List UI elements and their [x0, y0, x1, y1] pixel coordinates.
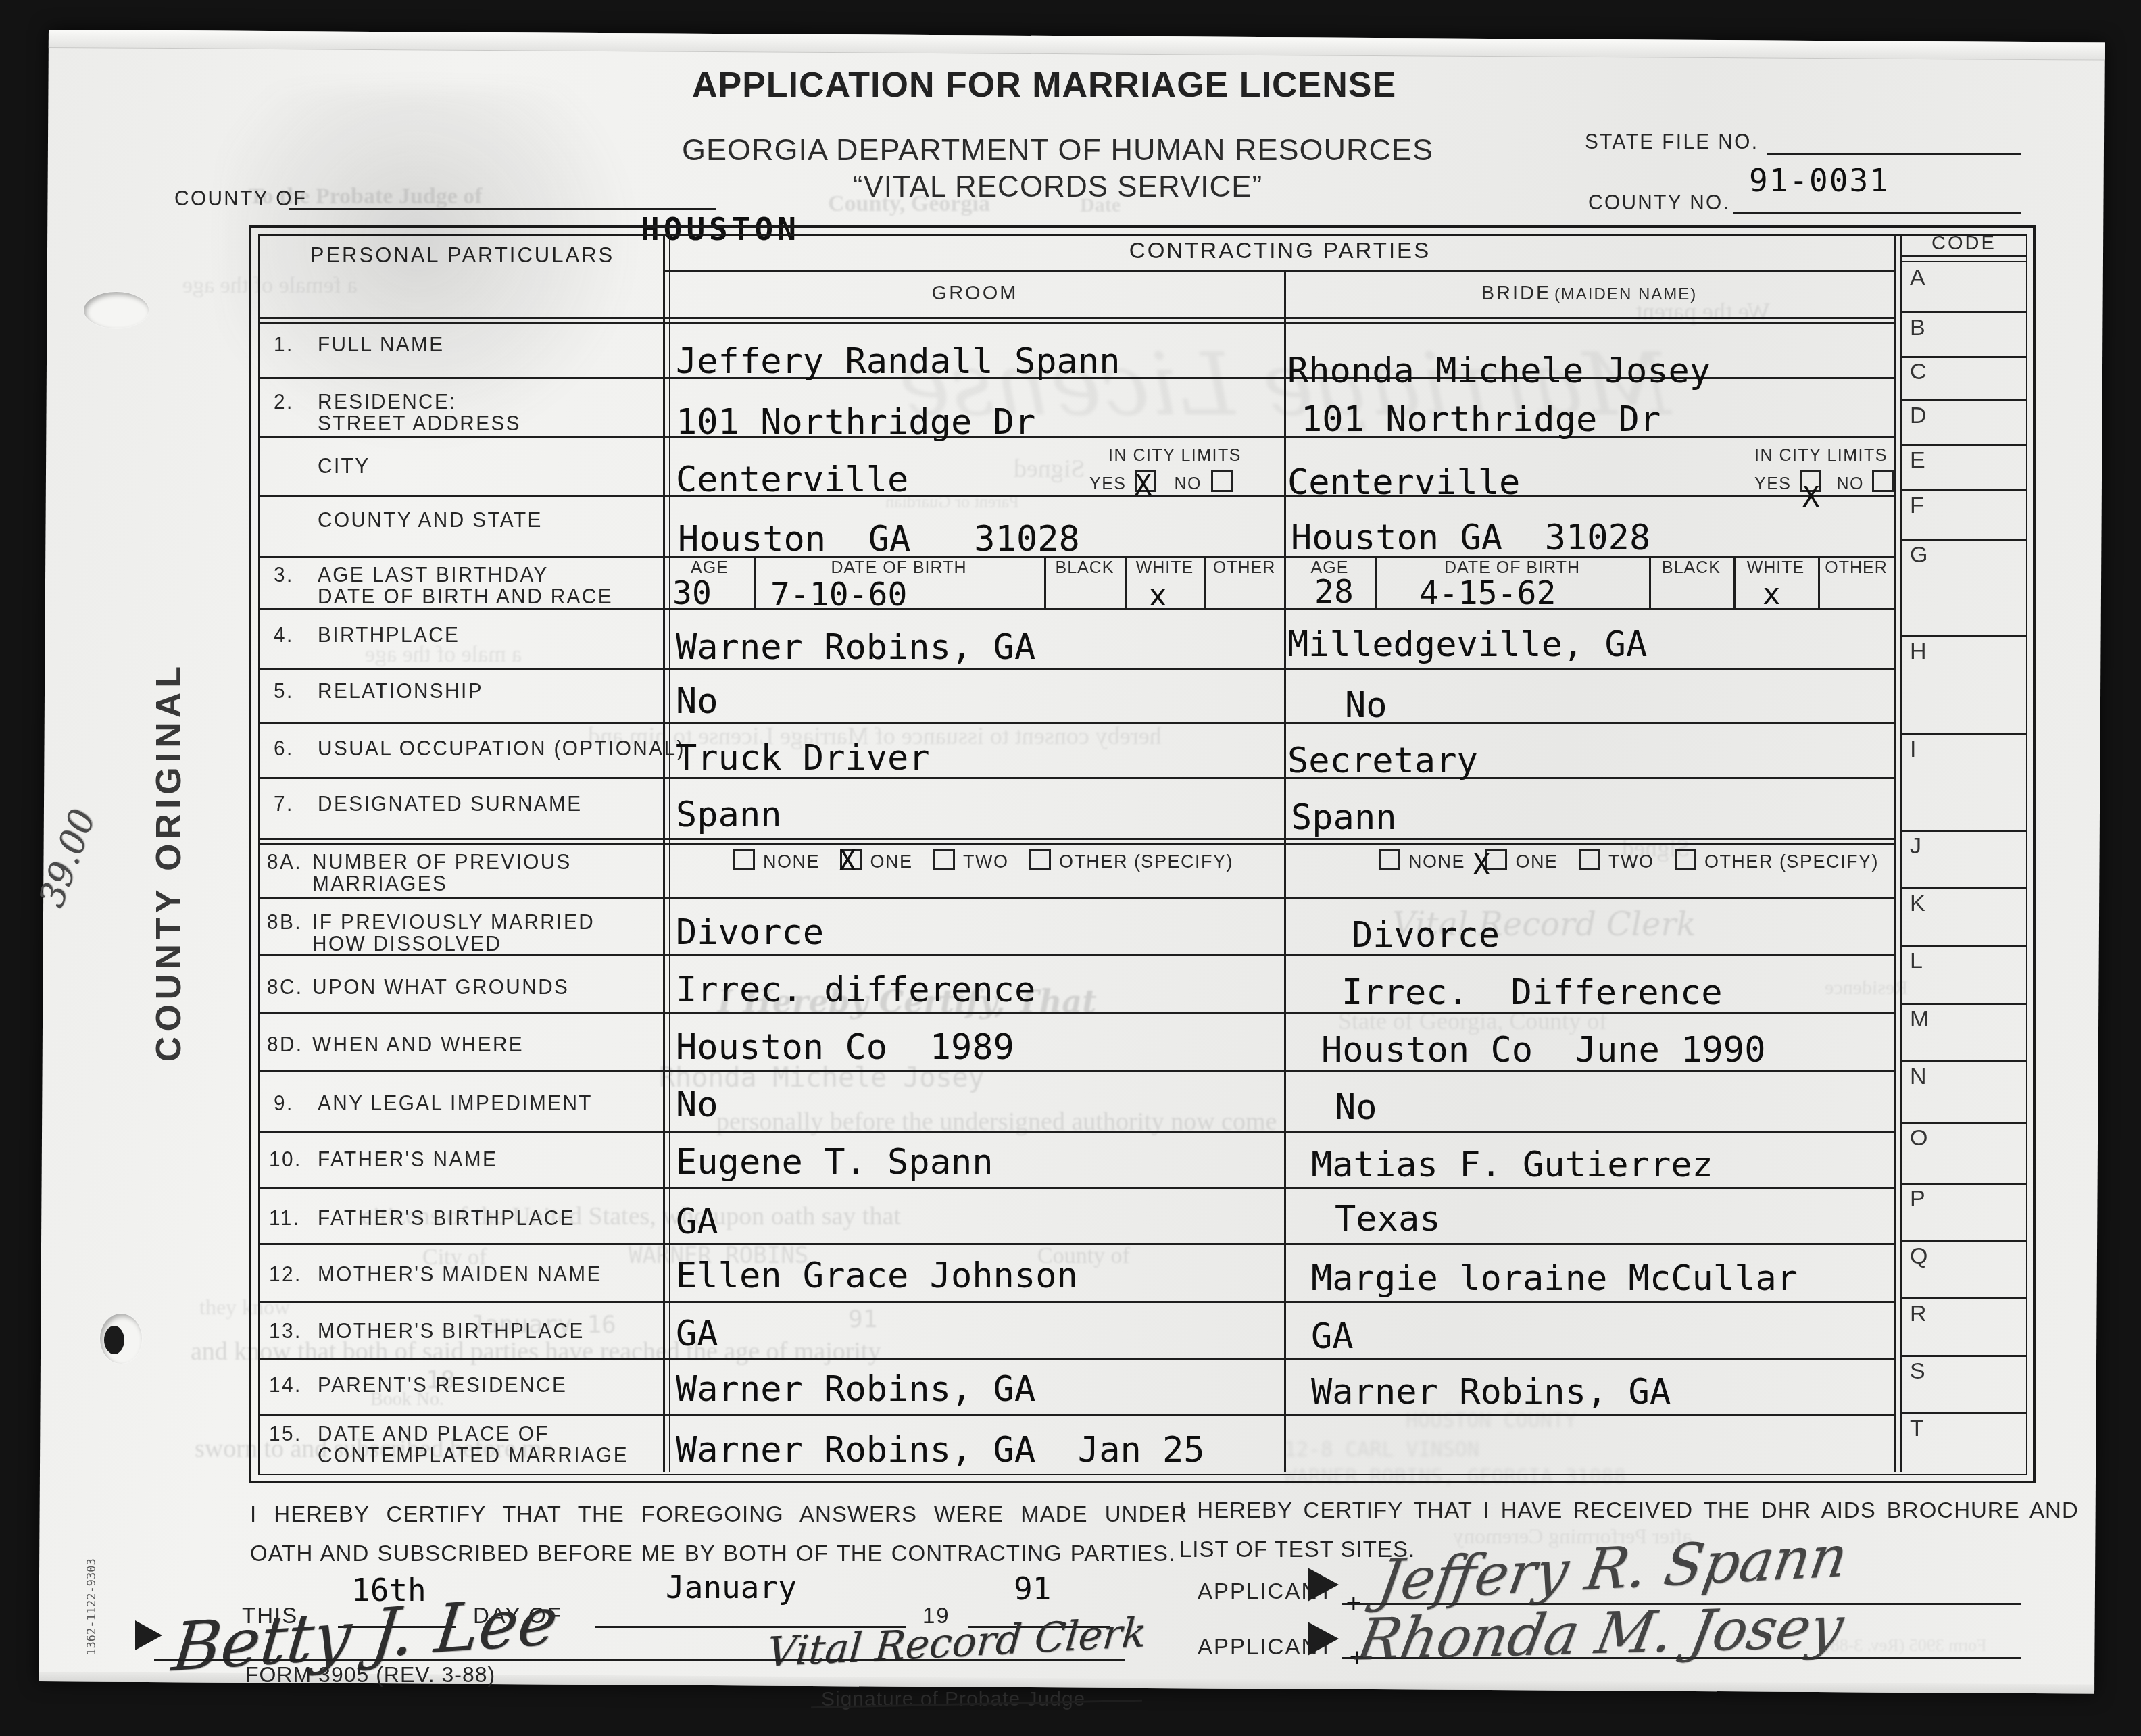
code-line [1902, 887, 2026, 889]
typed-x: X [1802, 480, 1819, 514]
bride-value: No [1345, 685, 1387, 726]
row-num: 2. [274, 390, 294, 414]
dob-col-header: DATE OF BIRTH [754, 558, 1044, 578]
code-letter: D [1910, 403, 1927, 429]
arrow-icon [135, 1620, 162, 1650]
row-label2: MARRIAGES [312, 872, 447, 896]
code-line [1902, 255, 2026, 257]
groom-no-checkbox [1211, 470, 1233, 492]
row-line [260, 1187, 1894, 1189]
bride-value: Rhonda Michele Josey [1287, 351, 1711, 391]
row-label2: HOW DISSOLVED [312, 932, 501, 956]
code-line [1902, 444, 2026, 446]
scanned-document: 39.00 COUNTY ORIGINAL 1362-1122-9303 To … [0, 0, 2141, 1736]
code-letter: B [1910, 315, 1926, 341]
groom-yes-checkbox: X [1135, 470, 1156, 492]
probate-judge-label: Signature of Probate Judge [821, 1688, 1085, 1711]
bride-value: Margie loraine McCullar [1311, 1258, 1798, 1299]
two-label: TWO [963, 851, 1008, 872]
row-line [260, 1301, 1894, 1303]
arrow-icon [1308, 1568, 1339, 1602]
punch-hole-bottom [100, 1314, 142, 1364]
row-line [260, 1243, 1894, 1245]
typed-x: X [1473, 848, 1490, 881]
arrow-icon [1308, 1622, 1339, 1656]
bride-value: Houston Co June 1990 [1321, 1030, 1765, 1070]
col-sep [663, 234, 665, 1472]
row-label: USUAL OCCUPATION (OPTIONAL) [318, 737, 685, 761]
row-label: PARENT'S RESIDENCE [318, 1373, 567, 1397]
row-num: 4. [274, 623, 294, 647]
code-line [1902, 733, 2026, 735]
groom-two-checkbox [933, 849, 955, 870]
row-line [260, 954, 1894, 956]
no-label: NO [1836, 474, 1864, 493]
bride-one-checkbox: X [1485, 849, 1507, 870]
groom-value: No [676, 1085, 718, 1125]
certify-left-line1: I HEREBY CERTIFY THAT THE FOREGOING ANSW… [250, 1502, 1187, 1527]
copy-type-label: COUNTY ORIGINAL [149, 662, 189, 1062]
code-letter: T [1910, 1416, 1925, 1442]
row-label: FATHER'S BIRTHPLACE [318, 1206, 575, 1231]
groom-value: Divorce [676, 912, 824, 953]
bride-yes-checkbox: X [1800, 470, 1821, 492]
bride-header: BRIDE (MAIDEN NAME) [1284, 282, 1894, 305]
none-label: NONE [1408, 851, 1465, 872]
punch-hole-top [84, 292, 149, 328]
row-line [260, 897, 1894, 899]
col-sep [669, 234, 670, 1472]
row-line [260, 1358, 1894, 1360]
bride-header-sub: (MAIDEN NAME) [1554, 285, 1697, 303]
edge-print-code: 1362-1122-9303 [85, 1558, 99, 1655]
code-line [1902, 1122, 2026, 1124]
county-no-value: 91-0031 [1749, 162, 1890, 199]
code-letter: C [1910, 359, 1927, 385]
two-label: TWO [1608, 851, 1654, 872]
groom-city-limits-checkboxes: YES X NO [1089, 470, 1233, 494]
row-num: 11. [269, 1206, 300, 1231]
month-value: January [666, 1569, 797, 1606]
row-line [260, 322, 1894, 324]
one-label: ONE [1515, 851, 1558, 872]
code-line [1902, 399, 2026, 401]
code-letter: N [1910, 1064, 1927, 1090]
code-letter: E [1910, 447, 1926, 474]
white-col-header: WHITE [1733, 558, 1818, 578]
row-label: WHEN AND WHERE [312, 1033, 524, 1057]
row-num: 14. [269, 1373, 302, 1397]
row-num: 8D. [267, 1033, 303, 1057]
bride-value: Irrec. Difference [1342, 972, 1723, 1013]
row-label: MOTHER'S BIRTHPLACE [318, 1319, 585, 1343]
row-line [260, 1131, 1894, 1133]
county-of-line [289, 208, 716, 210]
punch-hole-shadow [104, 1326, 124, 1354]
groom-value: Warner Robins, GA Jan 25 [676, 1430, 1205, 1470]
groom-value: Eugene T. Spann [676, 1142, 993, 1183]
bride-in-city-limits-label: IN CITY LIMITS [1754, 446, 1888, 466]
code-line [1902, 539, 2026, 541]
probate-signature-line [154, 1659, 1125, 1661]
row-label: AGE LAST BIRTHDAY [318, 563, 549, 587]
groom-value: Jeffery Randall Spann [676, 341, 1120, 382]
code-line [1902, 1003, 2026, 1005]
bride-value: Divorce [1352, 915, 1500, 956]
other-col-header: OTHER [1204, 558, 1284, 578]
groom-previous-marriages-options: NONE XONE TWO OTHER (SPECIFY) [733, 849, 1251, 872]
contracting-parties-header: CONTRACTING PARTIES [666, 238, 1894, 264]
row-line [260, 838, 1894, 840]
bride-value: 101 Northridge Dr [1301, 399, 1660, 440]
row-num: 10. [269, 1147, 302, 1172]
row-num: 3. [274, 563, 294, 587]
certify-right-line1: I HEREBY CERTIFY THAT I HAVE RECEIVED TH… [1179, 1497, 2079, 1523]
bride-value: Warner Robins, GA [1311, 1372, 1671, 1412]
row-num: 8A. [267, 850, 302, 874]
row-label: CITY [318, 454, 370, 478]
row-label: DESIGNATED SURNAME [318, 792, 583, 816]
year-value: 91 [1014, 1570, 1051, 1607]
row-num: 5. [274, 679, 294, 703]
code-line [1902, 945, 2026, 947]
row-label: DATE AND PLACE OF [318, 1422, 549, 1446]
row-label: NUMBER OF PREVIOUS [312, 850, 572, 874]
code-letter: S [1910, 1358, 1926, 1385]
handwritten-fee: 39.00 [31, 804, 103, 912]
bride-value: Spann [1291, 797, 1397, 838]
row-line [665, 270, 1894, 272]
service-line: “VITAL RECORDS SERVICE” [585, 170, 1531, 204]
groom-race-white-x: x [1149, 578, 1167, 613]
row-label: ANY LEGAL IMPEDIMENT [318, 1091, 593, 1116]
bride-dob-value: 4-15-62 [1419, 574, 1556, 612]
row-line [260, 317, 1894, 319]
other-col-header: OTHER [1818, 558, 1894, 578]
row-num: 6. [274, 737, 294, 761]
row-label: COUNTY AND STATE [318, 508, 543, 532]
code-letter: Q [1910, 1243, 1928, 1270]
bride-race-white-x: x [1763, 577, 1781, 612]
code-letter: F [1910, 493, 1925, 519]
form-number: FORM 3905 (REV. 3-88) [245, 1662, 495, 1687]
yes-label: YES [1754, 474, 1792, 493]
groom-value: Truck Driver [676, 738, 930, 778]
no-label: NO [1174, 474, 1202, 493]
groom-value: Spann [676, 795, 782, 835]
row-num: 1. [274, 332, 294, 357]
groom-value: Warner Robins, GA [676, 1369, 1035, 1410]
other-specify-label: OTHER (SPECIFY) [1704, 851, 1879, 872]
bride-value: Houston GA 31028 [1291, 518, 1650, 558]
code-letter: K [1910, 891, 1926, 917]
state-file-line [1767, 153, 2021, 155]
row-label: IF PREVIOUSLY MARRIED [312, 910, 595, 935]
yes-label: YES [1089, 474, 1127, 493]
bride-value: Texas [1335, 1199, 1441, 1239]
typed-x: X [839, 844, 856, 877]
groom-none-checkbox [733, 849, 755, 870]
bride-value: GA [1311, 1316, 1354, 1357]
bride-previous-marriages-options: NONE XONE TWO OTHER (SPECIFY) [1379, 849, 1896, 872]
row-line [260, 722, 1894, 724]
row-line [260, 777, 1894, 779]
bride-header-main: BRIDE [1481, 282, 1552, 304]
groom-in-city-limits-label: IN CITY LIMITS [1108, 446, 1241, 466]
county-of-label: COUNTY OF [174, 187, 307, 211]
groom-age-value: 30 [672, 574, 712, 612]
typed-x: X [1135, 468, 1152, 501]
code-line [1902, 1412, 2026, 1414]
row-label2: STREET ADDRESS [318, 412, 521, 436]
code-line [1902, 261, 2026, 262]
row-line [260, 668, 1894, 670]
code-letter: O [1910, 1125, 1928, 1151]
bleedthrough-text: Form 3905 (Rev. 3-88) [1825, 1635, 1987, 1656]
row-label: FATHER'S NAME [318, 1147, 497, 1172]
bride-value: Matias F. Gutierrez [1311, 1145, 1713, 1185]
bride-value: Centerville [1287, 462, 1520, 503]
code-line [1902, 489, 2026, 491]
row-label2: DATE OF BIRTH AND RACE [318, 585, 613, 609]
groom-one-checkbox: X [840, 849, 862, 870]
bride-applicant-signature: Rhonda M. Josey [1352, 1593, 1849, 1672]
bride-two-checkbox [1579, 849, 1600, 870]
row-label: BIRTHPLACE [318, 623, 460, 647]
code-letter: G [1910, 542, 1928, 568]
row-label: MOTHER'S MAIDEN NAME [318, 1262, 602, 1287]
groom-value: GA [676, 1201, 718, 1242]
groom-value: No [676, 681, 718, 722]
black-col-header: BLACK [1044, 558, 1125, 578]
groom-header: GROOM [666, 282, 1284, 305]
code-header: CODE [1902, 232, 2026, 255]
row-line [260, 843, 1894, 845]
groom-value: 101 Northridge Dr [676, 402, 1035, 443]
one-label: ONE [870, 851, 912, 872]
code-line [1902, 635, 2026, 637]
row-label: UPON WHAT GROUNDS [312, 975, 569, 999]
groom-value: Houston Co 1989 [676, 1027, 1014, 1068]
code-line [1902, 1060, 2026, 1062]
row-label: FULL NAME [318, 332, 445, 357]
col-sep-code [1900, 234, 1902, 1472]
code-letter: R [1910, 1301, 1927, 1327]
form-title: APPLICATION FOR MARRIAGE LICENSE [551, 65, 1537, 105]
code-letter: L [1910, 948, 1923, 974]
county-no-line [1733, 212, 2021, 214]
bride-none-checkbox [1379, 849, 1400, 870]
groom-dob-value: 7-10-60 [770, 576, 907, 614]
code-line [1902, 1355, 2026, 1357]
groom-value: Ellen Grace Johnson [676, 1256, 1078, 1296]
groom-value: Centerville [676, 460, 908, 500]
groom-value: GA [676, 1314, 718, 1354]
groom-value: Houston GA 31028 [678, 519, 1080, 560]
row-num: 15. [269, 1422, 302, 1446]
certify-right-line2: LIST OF TEST SITES. [1179, 1537, 1415, 1562]
row-num: 8B. [267, 910, 302, 935]
row-label: RESIDENCE: [318, 390, 457, 414]
department-line: GEORGIA DEPARTMENT OF HUMAN RESOURCES [551, 132, 1565, 168]
code-letter: I [1910, 737, 1917, 763]
code-line [1902, 356, 2026, 358]
bride-value: No [1335, 1087, 1377, 1128]
bride-no-checkbox [1872, 470, 1894, 492]
state-file-label: STATE FILE NO. [1585, 130, 1758, 154]
code-letter: H [1910, 639, 1927, 665]
personal-particulars-header: PERSONAL PARTICULARS [260, 243, 665, 268]
row-num: 8C. [267, 975, 303, 999]
code-letter: A [1910, 265, 1926, 291]
code-letter: M [1910, 1006, 1929, 1033]
certify-left-line2: OATH AND SUBSCRIBED BEFORE ME BY BOTH OF… [250, 1541, 1175, 1566]
row-label2: CONTEMPLATED MARRIAGE [318, 1443, 629, 1468]
groom-value: Warner Robins, GA [676, 627, 1035, 668]
code-letter: J [1910, 833, 1922, 860]
bride-other-checkbox [1675, 849, 1696, 870]
clerk-title-handwriting: Vital Record Clerk [765, 1609, 1148, 1677]
white-col-header: WHITE [1125, 558, 1204, 578]
row-num: 7. [274, 792, 294, 816]
row-line [260, 495, 1894, 497]
none-label: NONE [763, 851, 820, 872]
row-num: 9. [274, 1091, 294, 1116]
code-line [1902, 311, 2026, 313]
row-num: 13. [269, 1319, 302, 1343]
row-line [260, 1414, 1894, 1416]
bride-value: Secretary [1287, 741, 1478, 781]
code-line [1902, 1240, 2026, 1242]
county-no-label: COUNTY NO. [1588, 191, 1730, 215]
groom-value: Irrec. difference [676, 970, 1035, 1010]
row-num: 12. [269, 1262, 302, 1287]
form-content: 39.00 COUNTY ORIGINAL 1362-1122-9303 To … [0, 0, 2141, 1736]
bride-value: Milledgeville, GA [1287, 624, 1647, 665]
black-col-header: BLACK [1649, 558, 1733, 578]
col-sep-groom-bride [1284, 270, 1286, 1472]
other-specify-label: OTHER (SPECIFY) [1059, 851, 1233, 872]
code-letter: P [1910, 1186, 1926, 1212]
code-line [1902, 830, 2026, 832]
bride-city-limits-checkboxes: YES X NO [1754, 470, 1894, 494]
row-label: RELATIONSHIP [318, 679, 483, 703]
code-line [1902, 1183, 2026, 1185]
bride-age-value: 28 [1314, 573, 1354, 611]
code-line [1902, 1297, 2026, 1299]
groom-other-checkbox [1029, 849, 1051, 870]
